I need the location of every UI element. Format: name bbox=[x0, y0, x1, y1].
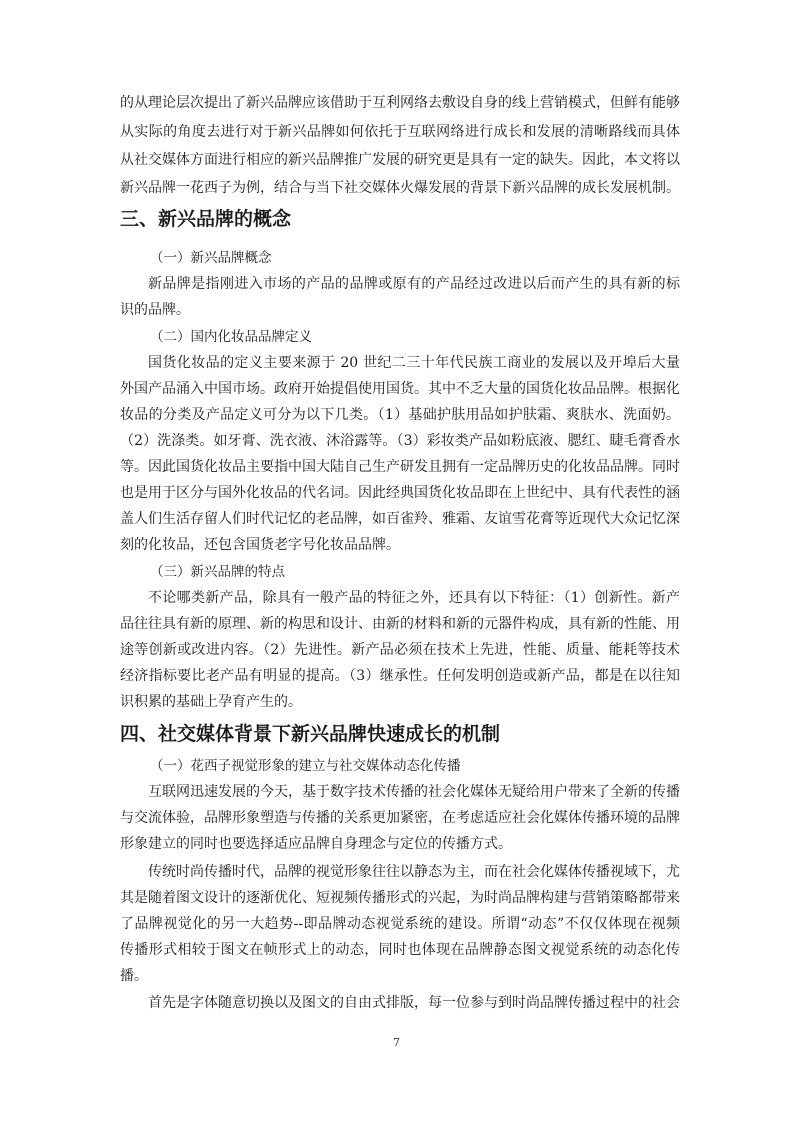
paragraph-line: 外国产品涌入中国市场。政府开始提倡使用国货。其中不乏大量的国货化妆品品牌。根据化 bbox=[120, 379, 680, 399]
intro-line: 从实际的角度去进行对于新兴品牌如何依托于互联网络进行成长和发展的清晰路线而具体 bbox=[120, 122, 680, 142]
paragraph-line: 首先是字体随意切换以及图文的自由式排版，每一位参与到时尚品牌传播过程中的社会 bbox=[148, 993, 680, 1013]
paragraph-line: 播。 bbox=[120, 966, 680, 986]
document-page: 的从理论层次提出了新兴品牌应该借助于互利网络去敷设自身的线上营销模式，但鲜有能够… bbox=[0, 0, 793, 1122]
paragraph-line: （2）洗涤类。如牙膏、洗衣液、沐浴露等。（3）彩妆类产品如粉底液、腮红、睫毛膏香… bbox=[120, 431, 680, 451]
intro-line: 的从理论层次提出了新兴品牌应该借助于互利网络去敷设自身的线上营销模式，但鲜有能够 bbox=[120, 93, 680, 113]
page-number: 7 bbox=[393, 1036, 400, 1050]
subsection-title: （一）新兴品牌概念 bbox=[150, 248, 680, 268]
paragraph-line: 其是随着图文设计的逐渐优化、短视频传播形式的兴起，为时尚品牌构建与营销策略都带来 bbox=[120, 888, 680, 908]
paragraph-line: 妆品的分类及产品定义可分为以下几类。（1）基础护肤用品如护肤霜、爽肤水、洗面奶。 bbox=[120, 405, 680, 425]
intro-line: 从社交媒体方面进行相应的新兴品牌推广发展的研究更是具有一定的缺失。因此，本文将以 bbox=[120, 150, 680, 170]
paragraph-line: 品往往具有新的原理、新的构思和设计、由新的材料和新的元器件构成，具有新的性能、用 bbox=[120, 614, 680, 634]
paragraph-line: 途等创新或改进内容。（2）先进性。新产品必须在技术上先进，性能、质量、能耗等技术 bbox=[120, 640, 680, 660]
subsection-title: （二）国内化妆品品牌定义 bbox=[150, 327, 680, 347]
paragraph-line: 等。因此国货化妆品主要指中国大陆自己生产研发且拥有一定品牌历史的化妆品品牌。同时 bbox=[120, 457, 680, 477]
section-heading-4: 四、社交媒体背景下新兴品牌快速成长的机制 bbox=[120, 722, 500, 746]
subsection-title: （三）新兴品牌的特点 bbox=[150, 562, 680, 582]
paragraph-line: 传播形式相较于图文在帧形式上的动态，同时也体现在品牌静态图文视觉系统的动态化传 bbox=[120, 940, 680, 960]
paragraph-line: 盖人们生活存留人们时代记忆的老品牌，如百雀羚、雅霜、友谊雪花膏等近现代大众记忆深 bbox=[120, 509, 680, 529]
paragraph-line: 也是用于区分与国外化妆品的代名词。因此经典国货化妆品即在上世纪中、具有代表性的涵 bbox=[120, 483, 680, 503]
paragraph-line: 了品牌视觉化的另一大趋势--即品牌动态视觉系统的建设。所谓“动态”不仅仅体现在视… bbox=[120, 914, 680, 934]
intro-line: 新兴品牌一花西子为例，结合与当下社交媒体火爆发展的背景下新兴品牌的成长发展机制。 bbox=[120, 178, 680, 198]
paragraph-line: 刻的化妆品，还包含国货老字号化妆品品牌。 bbox=[120, 535, 680, 555]
paragraph-line: 形象建立的同时也要选择适应品牌自身理念与定位的传播方式。 bbox=[120, 834, 680, 854]
paragraph-line: 经济指标要比老产品有明显的提高。（3）继承性。任何发明创造或新产品，都是在以往知 bbox=[120, 666, 680, 686]
section-heading-3: 三、新兴品牌的概念 bbox=[120, 207, 291, 231]
paragraph-line: 新品牌是指刚进入市场的产品的品牌或原有的产品经过改进以后而产生的具有新的标 bbox=[148, 274, 680, 294]
paragraph-line: 与交流体验，品牌形象塑造与传播的关系更加紧密，在考虑适应社会化媒体传播环境的品牌 bbox=[120, 808, 680, 828]
subsection-title: （一）花西子视觉形象的建立与社交媒体动态化传播 bbox=[150, 756, 680, 776]
paragraph-line: 国货化妆品的定义主要来源于 20 世纪二三十年代民族工商业的发展以及开埠后大量 bbox=[148, 353, 680, 373]
paragraph-line: 不论哪类新产品，除具有一般产品的特征之外，还具有以下特征：（1）创新性。新产 bbox=[148, 588, 680, 608]
paragraph-line: 识积累的基础上孕育产生的。 bbox=[120, 692, 680, 712]
paragraph-line: 互联网迅速发展的今天，基于数字技术传播的社会化媒体无疑给用户带来了全新的传播 bbox=[148, 782, 680, 802]
paragraph-line: 传统时尚传播时代，品牌的视觉形象往往以静态为主，而在社会化媒体传播视域下，尤 bbox=[148, 862, 680, 882]
paragraph-line: 识的品牌。 bbox=[120, 300, 680, 320]
